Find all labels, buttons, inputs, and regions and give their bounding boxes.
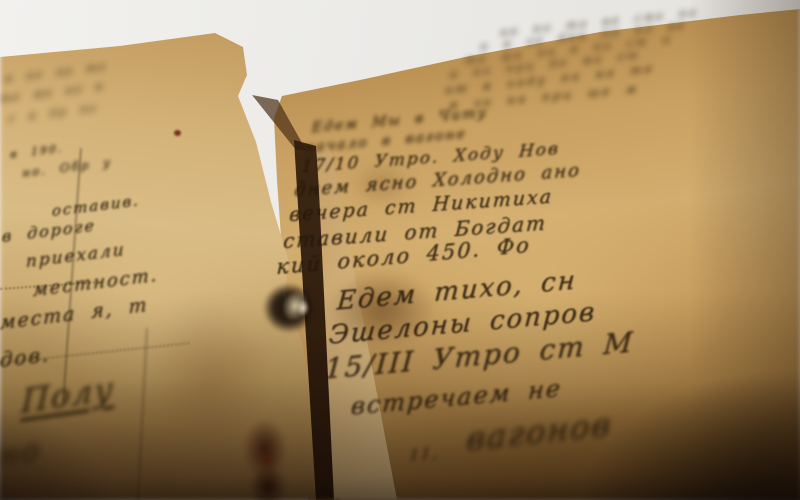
- dried-stain: [250, 466, 286, 500]
- red-ink-dot: [174, 130, 181, 136]
- photo-old-diary: в по на те те ма но в с в др по в 190. н…: [0, 0, 800, 500]
- dried-stain: [260, 450, 275, 469]
- handwriting-line: но: [0, 432, 41, 473]
- handwriting-line: 11,: [409, 443, 440, 464]
- torn-paper-fibers: [297, 300, 309, 316]
